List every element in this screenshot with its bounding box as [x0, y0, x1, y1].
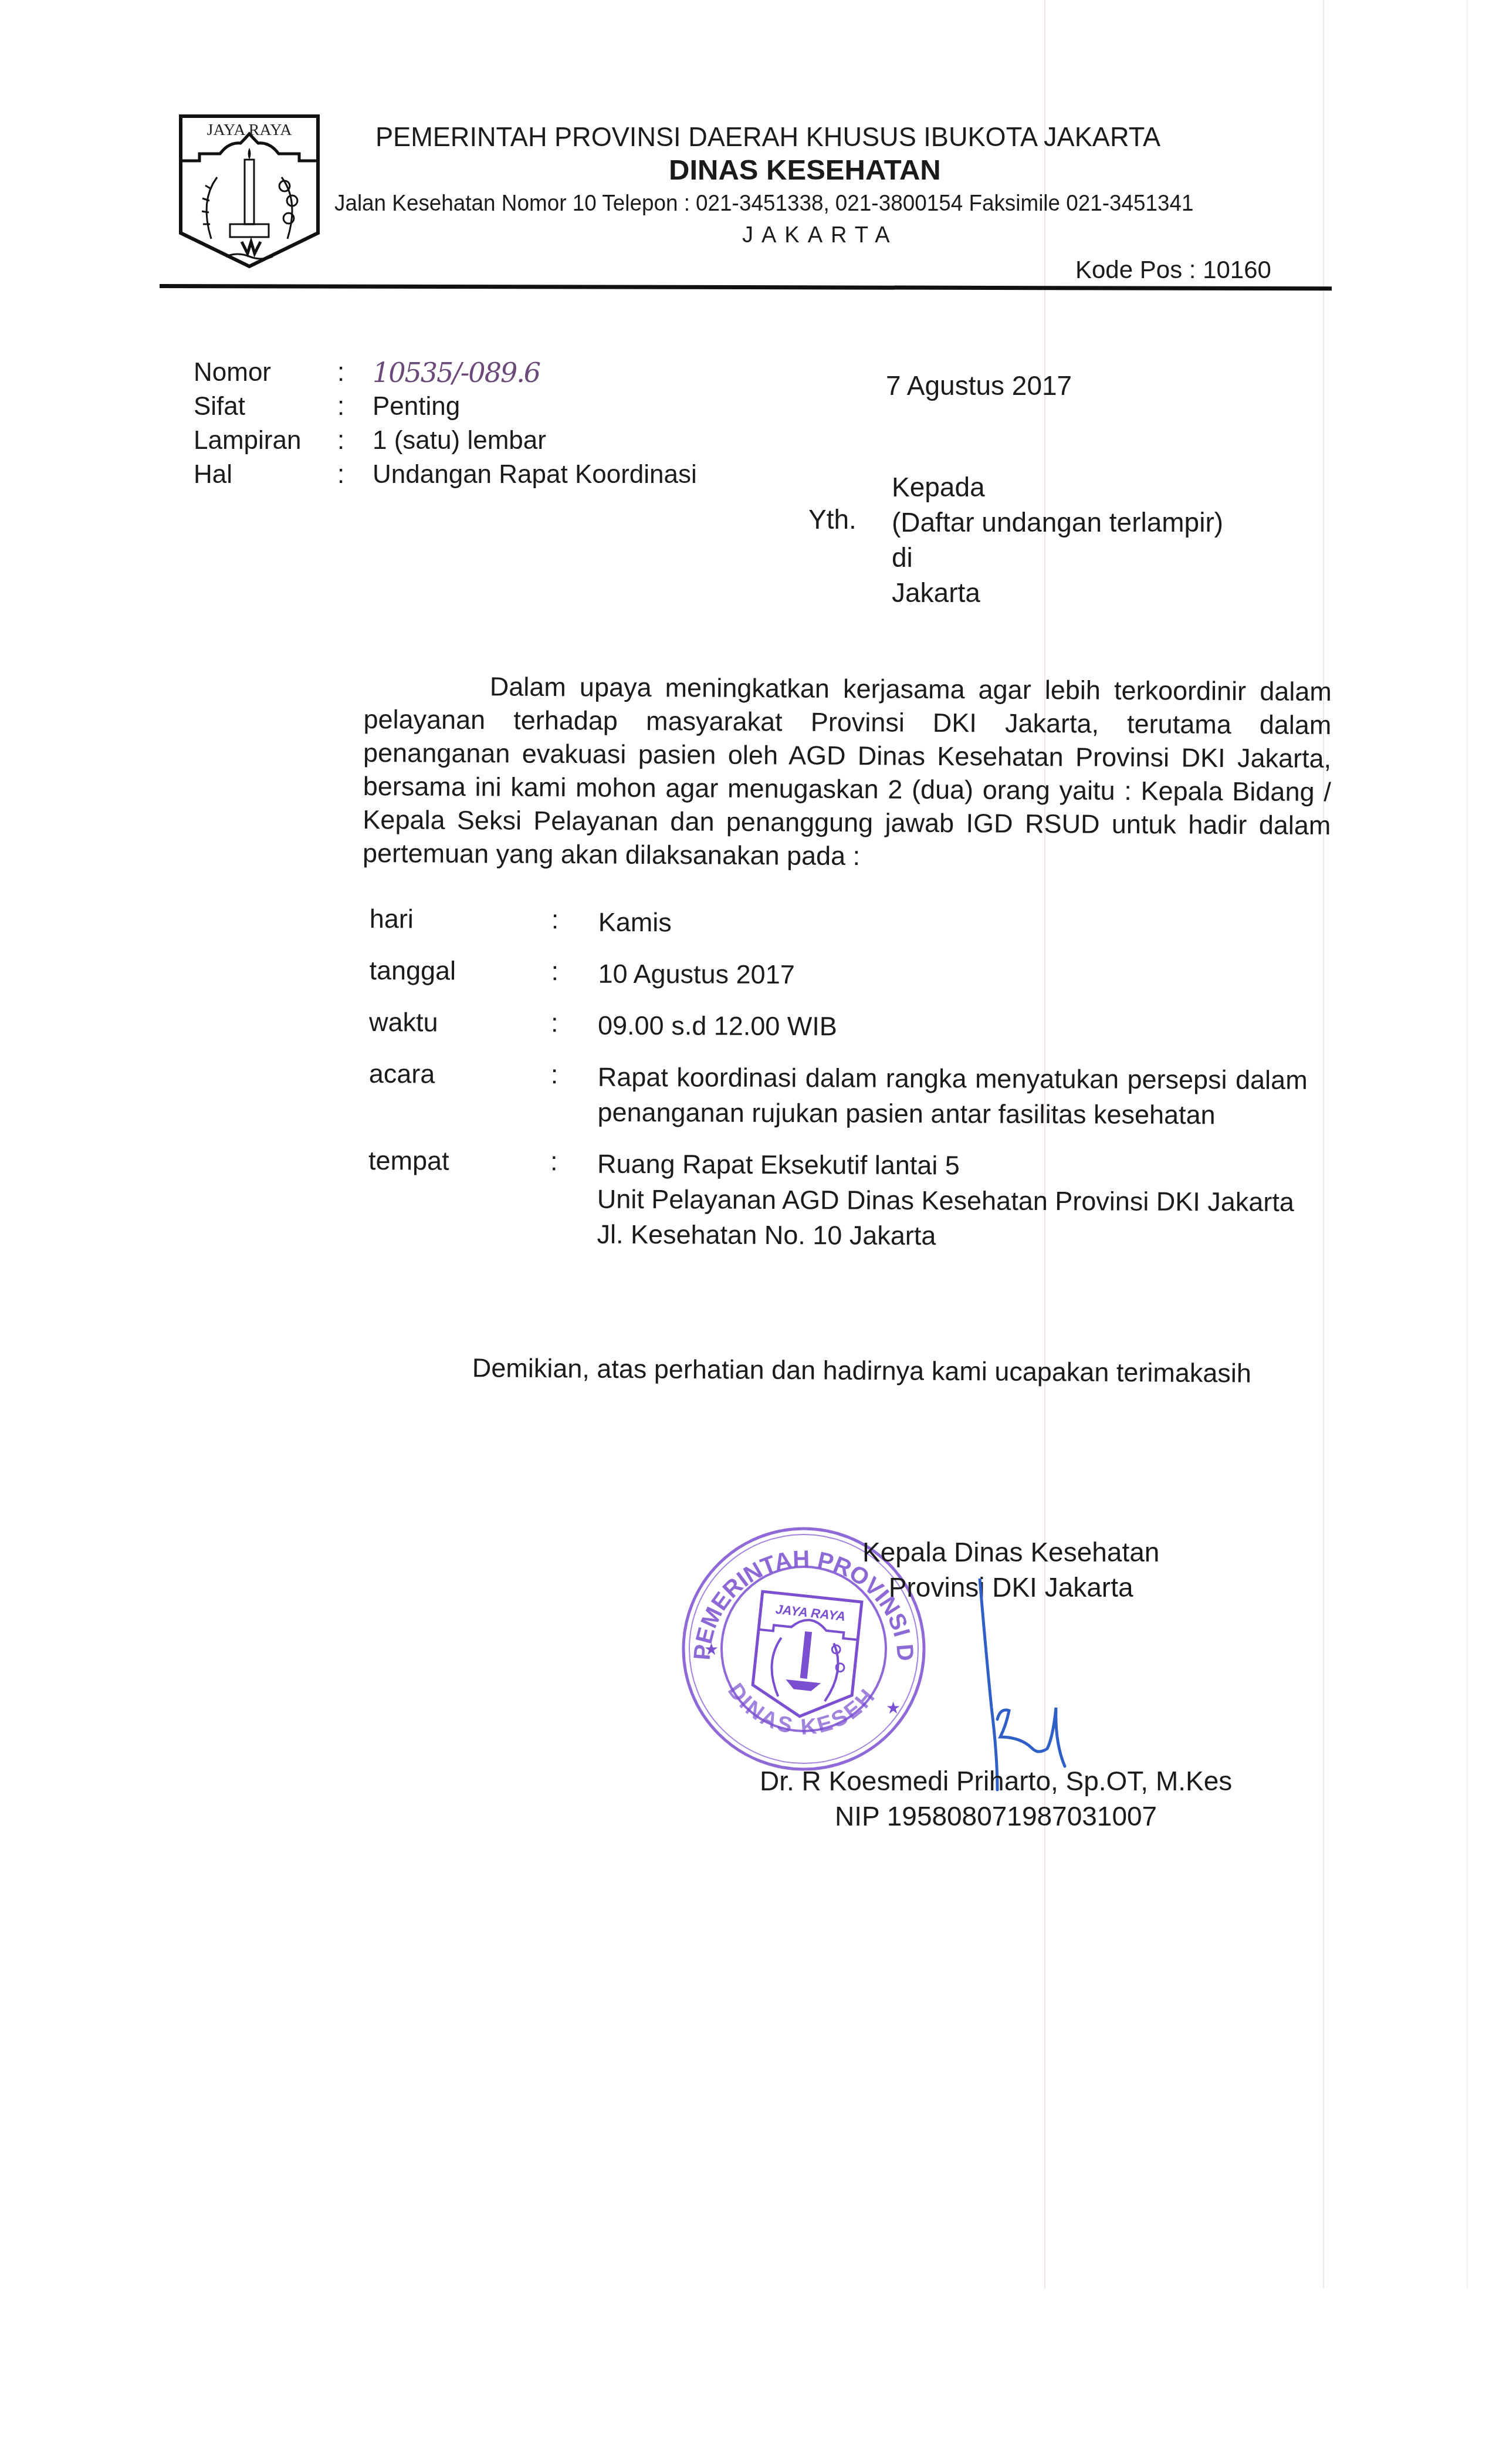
letter-date: 7 Agustus 2017 — [886, 370, 1072, 401]
recipient-block: Kepada (Daftar undangan terlampir) di Ja… — [892, 469, 1223, 610]
detail-row-tanggal: tanggal : 10 Agustus 2017 — [369, 955, 1308, 995]
recipient-kepada: Kepada — [892, 469, 1223, 505]
body-paragraph: Dalam upaya meningkatkan kerjasama agar … — [363, 669, 1332, 876]
signatory-title-line1: Kepala Dinas Kesehatan — [862, 1534, 1159, 1570]
svg-text:JAYA RAYA: JAYA RAYA — [207, 121, 292, 139]
closing-text: Demikian, atas perhatian dan hadirnya ka… — [472, 1353, 1252, 1388]
detail-label: tanggal — [369, 955, 551, 991]
meta-colon: : — [337, 356, 373, 390]
meta-row-sifat: Sifat : Penting — [194, 390, 697, 424]
letter-meta: Nomor : 10535/-089.6 Sifat : Penting Lam… — [194, 356, 697, 492]
recipient-name: (Daftar undangan terlampir) — [892, 505, 1223, 540]
signatory-nip: NIP 195808071987031007 — [760, 1799, 1232, 1834]
detail-value: Ruang Rapat Eksekutif lantai 5 — [597, 1147, 1307, 1185]
meta-label: Nomor — [194, 356, 337, 390]
letterhead-government-name: PEMERINTAH PROVINSI DAERAH KHUSUS IBUKOT… — [375, 120, 1160, 153]
body-paragraph-text: Dalam upaya meningkatkan kerjasama agar … — [363, 671, 1332, 871]
scan-artifact — [1467, 0, 1468, 2289]
recipient-yth: Yth. — [808, 503, 857, 535]
detail-label: acara — [368, 1059, 551, 1130]
detail-value: Kamis — [598, 905, 1308, 943]
letterhead-department-name: DINAS KESEHATAN — [669, 154, 941, 187]
detail-colon: : — [551, 904, 598, 939]
detail-row-acara: acara : Rapat koordinasi dalam rangka me… — [368, 1059, 1308, 1133]
detail-value: Rapat koordinasi dalam rangka menyatukan… — [597, 1060, 1308, 1133]
meta-label: Lampiran — [194, 424, 337, 458]
detail-label: waktu — [369, 1007, 551, 1043]
detail-value: 10 Agustus 2017 — [598, 956, 1308, 995]
detail-row-waktu: waktu : 09.00 s.d 12.00 WIB — [369, 1007, 1308, 1046]
svg-text:★: ★ — [886, 1699, 901, 1717]
recipient-di: di — [892, 540, 1223, 575]
meta-row-hal: Hal : Undangan Rapat Koordinasi — [194, 458, 697, 492]
detail-row-hari: hari : Kamis — [370, 904, 1308, 943]
meta-label: Sifat — [194, 390, 337, 424]
letterhead-address: Jalan Kesehatan Nomor 10 Telepon : 021-3… — [334, 191, 1194, 217]
meta-row-nomor: Nomor : 10535/-089.6 — [194, 356, 697, 390]
detail-value-group: Ruang Rapat Eksekutif lantai 5 Unit Pela… — [597, 1147, 1307, 1255]
letterhead-city: JAKARTA — [742, 223, 898, 248]
detail-label: hari — [370, 904, 551, 939]
letterhead-postal-code: Kode Pos : 10160 — [1075, 256, 1271, 284]
meeting-details: hari : Kamis tanggal : 10 Agustus 2017 w… — [368, 904, 1308, 1272]
detail-row-tempat: tempat : Ruang Rapat Eksekutif lantai 5 … — [368, 1145, 1307, 1255]
meta-colon: : — [337, 390, 373, 424]
detail-colon: : — [551, 956, 598, 991]
meta-value: Penting — [373, 390, 460, 424]
recipient-city: Jakarta — [892, 575, 1223, 610]
signatory-block: Dr. R Koesmedi Priharto, Sp.OT, M.Kes NI… — [760, 1763, 1232, 1834]
meta-value: Undangan Rapat Koordinasi — [373, 458, 697, 492]
detail-colon: : — [550, 1059, 598, 1130]
jakarta-coat-of-arms-logo: JAYA RAYA — [176, 113, 323, 271]
detail-colon: : — [551, 1008, 598, 1043]
meta-colon: : — [337, 424, 373, 458]
detail-value: Jl. Kesehatan No. 10 Jakarta — [597, 1217, 1307, 1255]
letter-number-handwritten: 10535/-089.6 — [373, 356, 540, 390]
detail-colon: : — [550, 1146, 597, 1252]
meta-colon: : — [337, 458, 373, 492]
detail-value: Unit Pelayanan AGD Dinas Kesehatan Provi… — [597, 1182, 1307, 1220]
meta-value: 1 (satu) lembar — [373, 424, 546, 458]
signatory-name: Dr. R Koesmedi Priharto, Sp.OT, M.Kes — [760, 1763, 1232, 1799]
letterhead-divider — [160, 284, 1332, 290]
closing-paragraph: Demikian, atas perhatian dan hadirnya ka… — [364, 1350, 1320, 1391]
meta-row-lampiran: Lampiran : 1 (satu) lembar — [194, 424, 697, 458]
scan-artifact — [1323, 0, 1324, 2289]
meta-label: Hal — [194, 458, 337, 492]
svg-text:★: ★ — [704, 1640, 719, 1658]
detail-value: 09.00 s.d 12.00 WIB — [598, 1008, 1308, 1046]
detail-label: tempat — [368, 1145, 550, 1252]
